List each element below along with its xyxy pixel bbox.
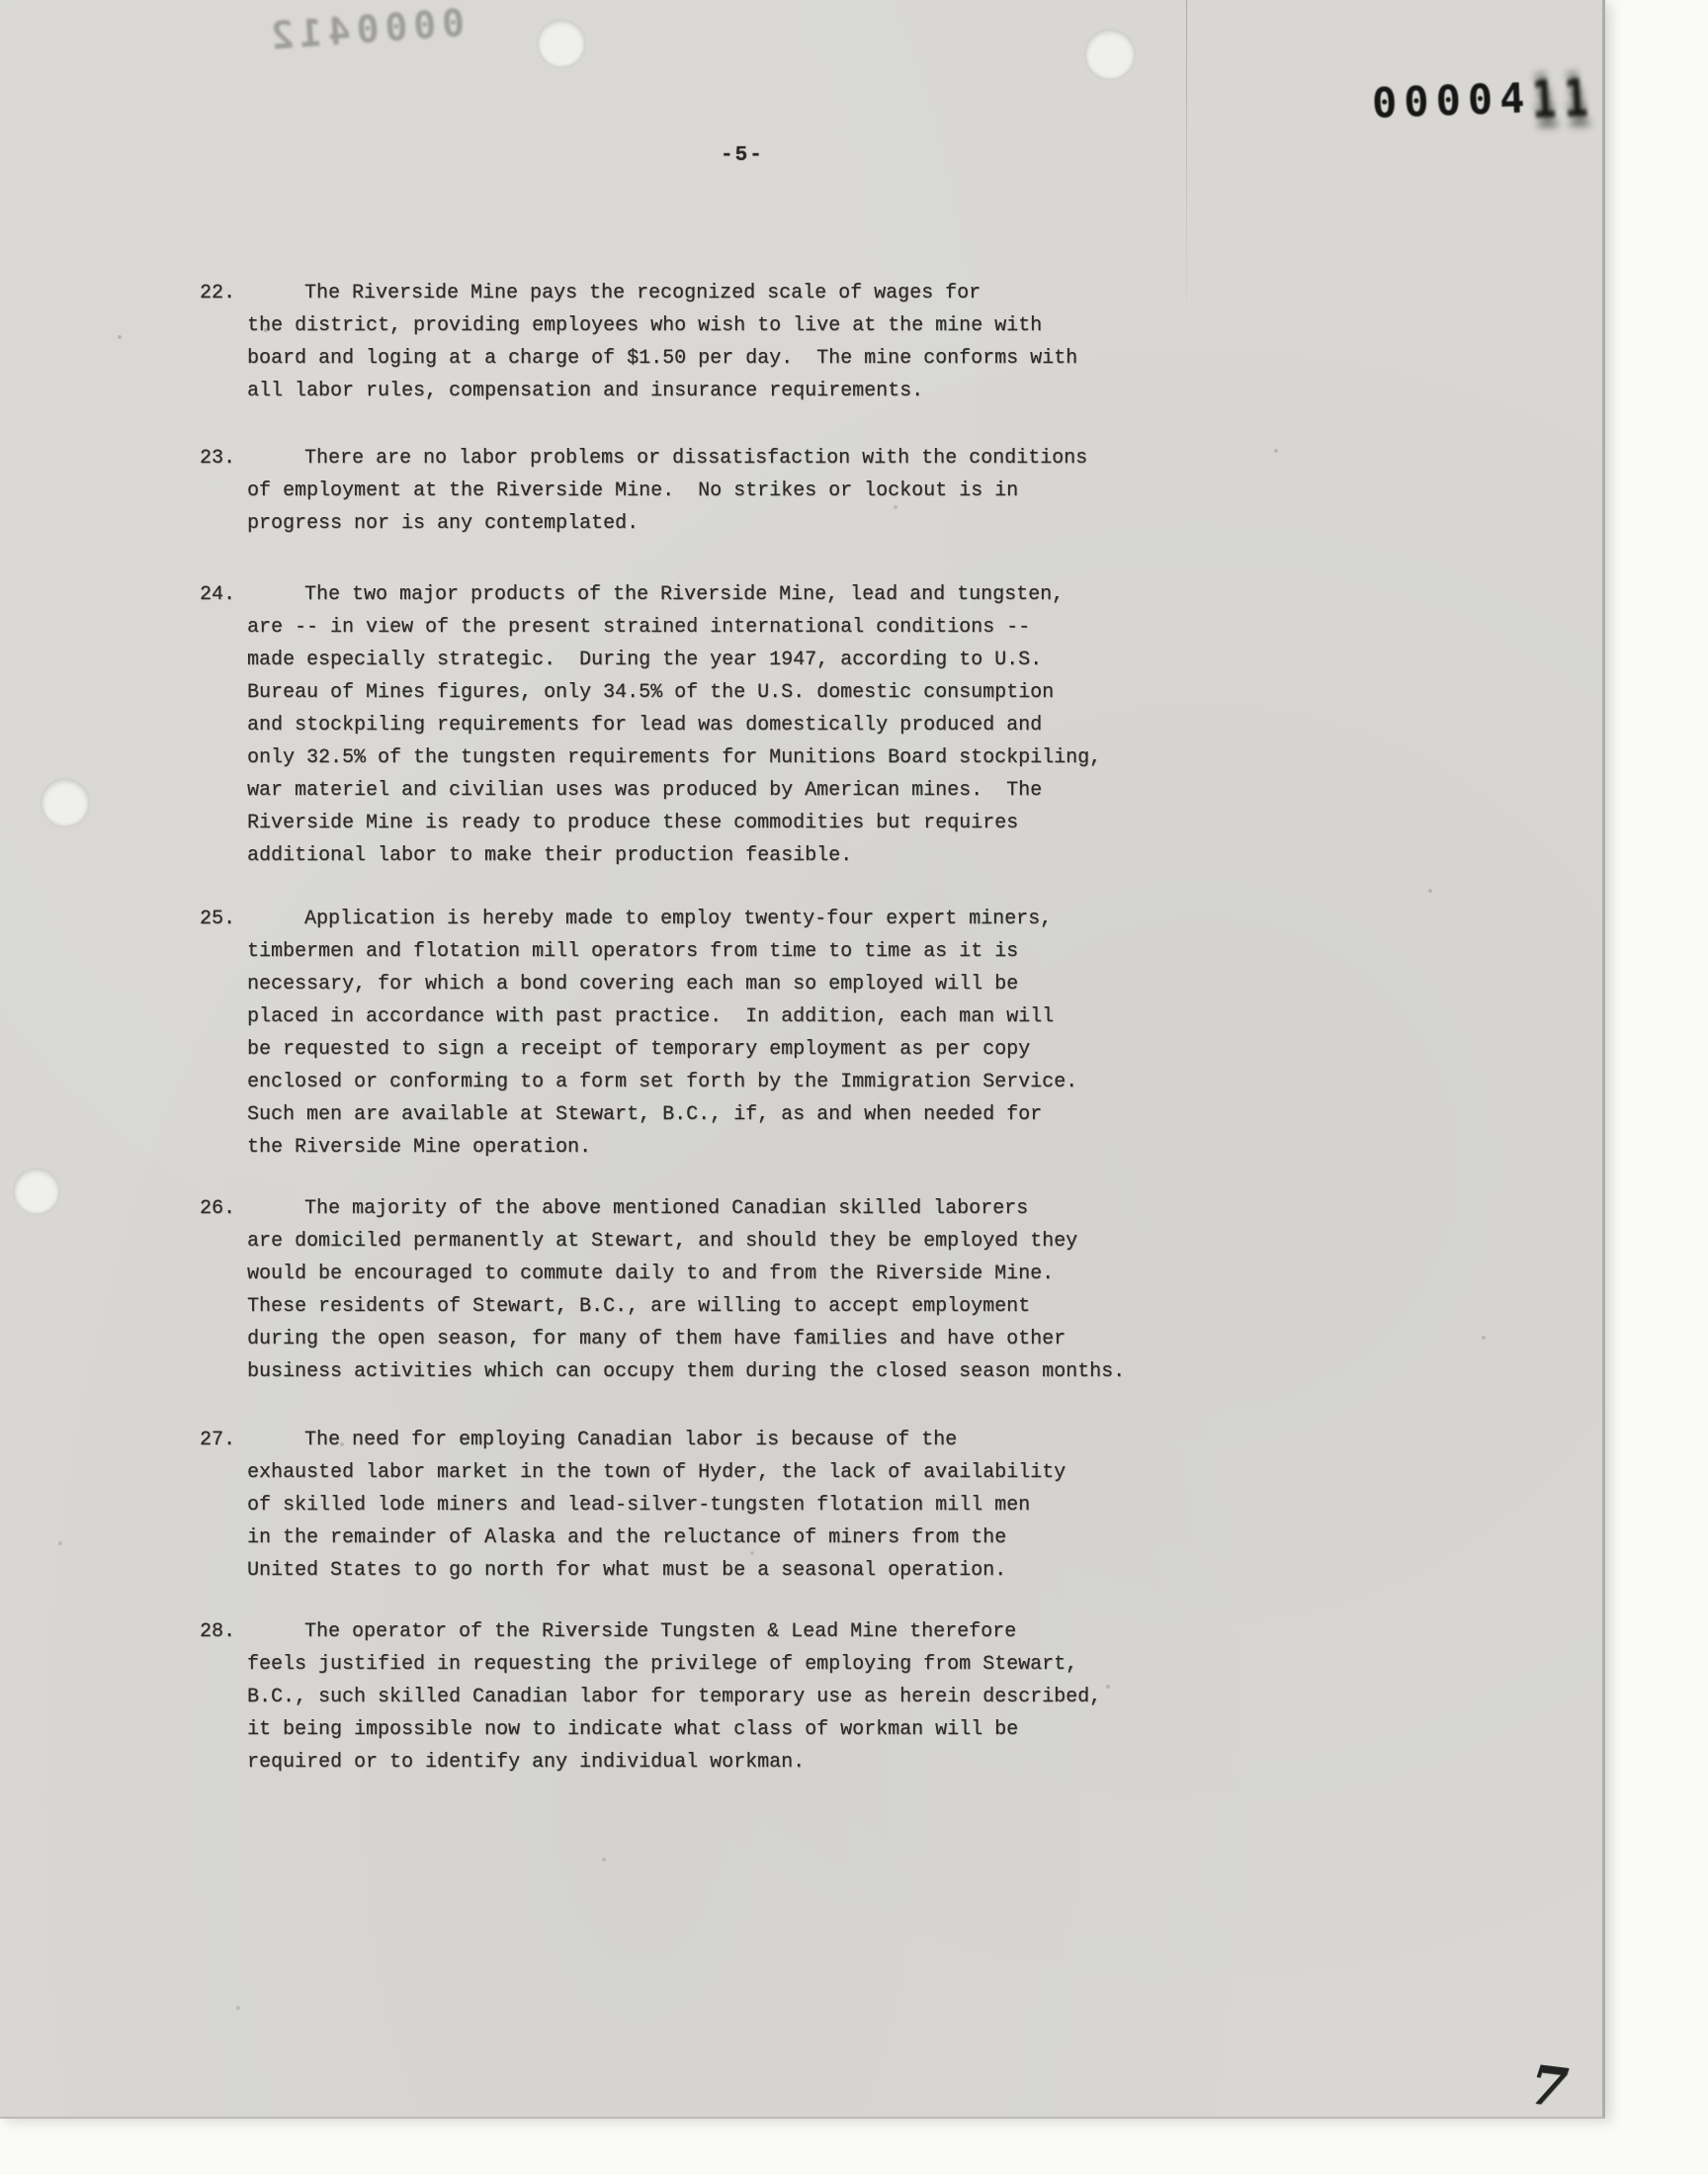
text-line: are domiciled permanently at Stewart, an…: [247, 1225, 1384, 1258]
text-line: Bureau of Mines figures, only 34.5% of t…: [247, 676, 1384, 709]
text-line: The Riverside Mine pays the recognized s…: [247, 277, 1384, 309]
text-line: in the remainder of Alaska and the reluc…: [247, 1522, 1384, 1554]
text-line: progress nor is any contemplated.: [247, 507, 1384, 540]
text-line: required or to identify any individual w…: [247, 1746, 1384, 1779]
text-line: and stockpiling requirements for lead wa…: [247, 709, 1384, 741]
text-line: only 32.5% of the tungsten requirements …: [247, 741, 1384, 774]
text-line: the district, providing employees who wi…: [247, 309, 1384, 342]
text-line: all labor rules, compensation and insura…: [247, 375, 1384, 407]
stamp-number-smudged-digits: 11: [1530, 67, 1596, 130]
text-line: board and loging at a charge of $1.50 pe…: [247, 342, 1384, 375]
text-line: placed in accordance with past practice.…: [247, 1000, 1384, 1033]
punch-hole: [538, 20, 585, 67]
paragraph-28: 28.The operator of the Riverside Tungste…: [0, 1615, 1384, 1779]
text-line: The need for employing Canadian labor is…: [247, 1424, 1384, 1456]
text-line: made especially strategic. During the ye…: [247, 644, 1384, 676]
scanned-page: 0000412 0000411 -5- 22.The Riverside Min…: [0, 0, 1605, 2119]
text-line: additional labor to make their productio…: [247, 839, 1384, 872]
text-line: enclosed or conforming to a form set for…: [247, 1066, 1384, 1098]
text-line: These residents of Stewart, B.C., are wi…: [247, 1290, 1384, 1323]
scanned-document-screenshot: { "document": { "page_number": "-5-", "h…: [0, 0, 1708, 2175]
text-line: during the open season, for many of them…: [247, 1323, 1384, 1355]
paragraph-number: 28.: [200, 1615, 235, 1648]
text-line: B.C., such skilled Canadian labor for te…: [247, 1681, 1384, 1713]
paragraph-number: 26.: [200, 1192, 235, 1225]
text-line: timbermen and flotation mill operators f…: [247, 935, 1384, 968]
paragraph-number: 23.: [200, 442, 235, 475]
text-line: The operator of the Riverside Tungsten &…: [247, 1615, 1384, 1648]
paragraph-number: 24.: [200, 578, 235, 611]
text-line: Such men are available at Stewart, B.C.,…: [247, 1098, 1384, 1131]
text-line: are -- in view of the present strained i…: [247, 611, 1384, 644]
stamp-number-prefix: 00004: [1371, 73, 1532, 128]
text-line: would be encouraged to commute daily to …: [247, 1258, 1384, 1290]
text-line: Application is hereby made to employ twe…: [247, 903, 1384, 935]
paragraph-number: 25.: [200, 903, 235, 935]
bleedthrough-stamp-number: 0000412: [264, 1, 467, 58]
text-line: United States to go north for what must …: [247, 1554, 1384, 1587]
text-line: it being impossible now to indicate what…: [247, 1713, 1384, 1746]
text-line: The two major products of the Riverside …: [247, 578, 1384, 611]
text-line: exhausted labor market in the town of Hy…: [247, 1456, 1384, 1489]
paragraph-22: 22.The Riverside Mine pays the recognize…: [0, 277, 1384, 407]
text-line: feels justified in requesting the privil…: [247, 1648, 1384, 1681]
paragraph-26: 26.The majority of the above mentioned C…: [0, 1192, 1384, 1388]
paragraph-number: 22.: [200, 277, 235, 309]
paragraph-24: 24.The two major products of the Riversi…: [0, 578, 1384, 872]
text-line: of employment at the Riverside Mine. No …: [247, 475, 1384, 507]
text-line: of skilled lode miners and lead-silver-t…: [247, 1489, 1384, 1522]
page-number: -5-: [721, 144, 764, 167]
text-line: war materiel and civilian uses was produ…: [247, 774, 1384, 807]
text-line: the Riverside Mine operation.: [247, 1131, 1384, 1164]
handwritten-page-mark: 7: [1526, 2052, 1571, 2120]
paragraph-number: 27.: [200, 1424, 235, 1456]
text-line: necessary, for which a bond covering eac…: [247, 968, 1384, 1000]
paragraph-23: 23.There are no labor problems or dissat…: [0, 442, 1384, 540]
paragraph-25: 25.Application is hereby made to employ …: [0, 903, 1384, 1164]
text-line: The majority of the above mentioned Cana…: [247, 1192, 1384, 1225]
dust-specks: [0, 0, 2, 2]
text-line: be requested to sign a receipt of tempor…: [247, 1033, 1384, 1066]
paragraph-27: 27.The need for employing Canadian labor…: [0, 1424, 1384, 1587]
text-line: Riverside Mine is ready to produce these…: [247, 807, 1384, 839]
punch-hole: [1085, 30, 1135, 79]
stamp-number: 0000411: [1371, 71, 1596, 128]
text-line: There are no labor problems or dissatisf…: [247, 442, 1384, 475]
text-line: business activities which can occupy the…: [247, 1355, 1384, 1388]
